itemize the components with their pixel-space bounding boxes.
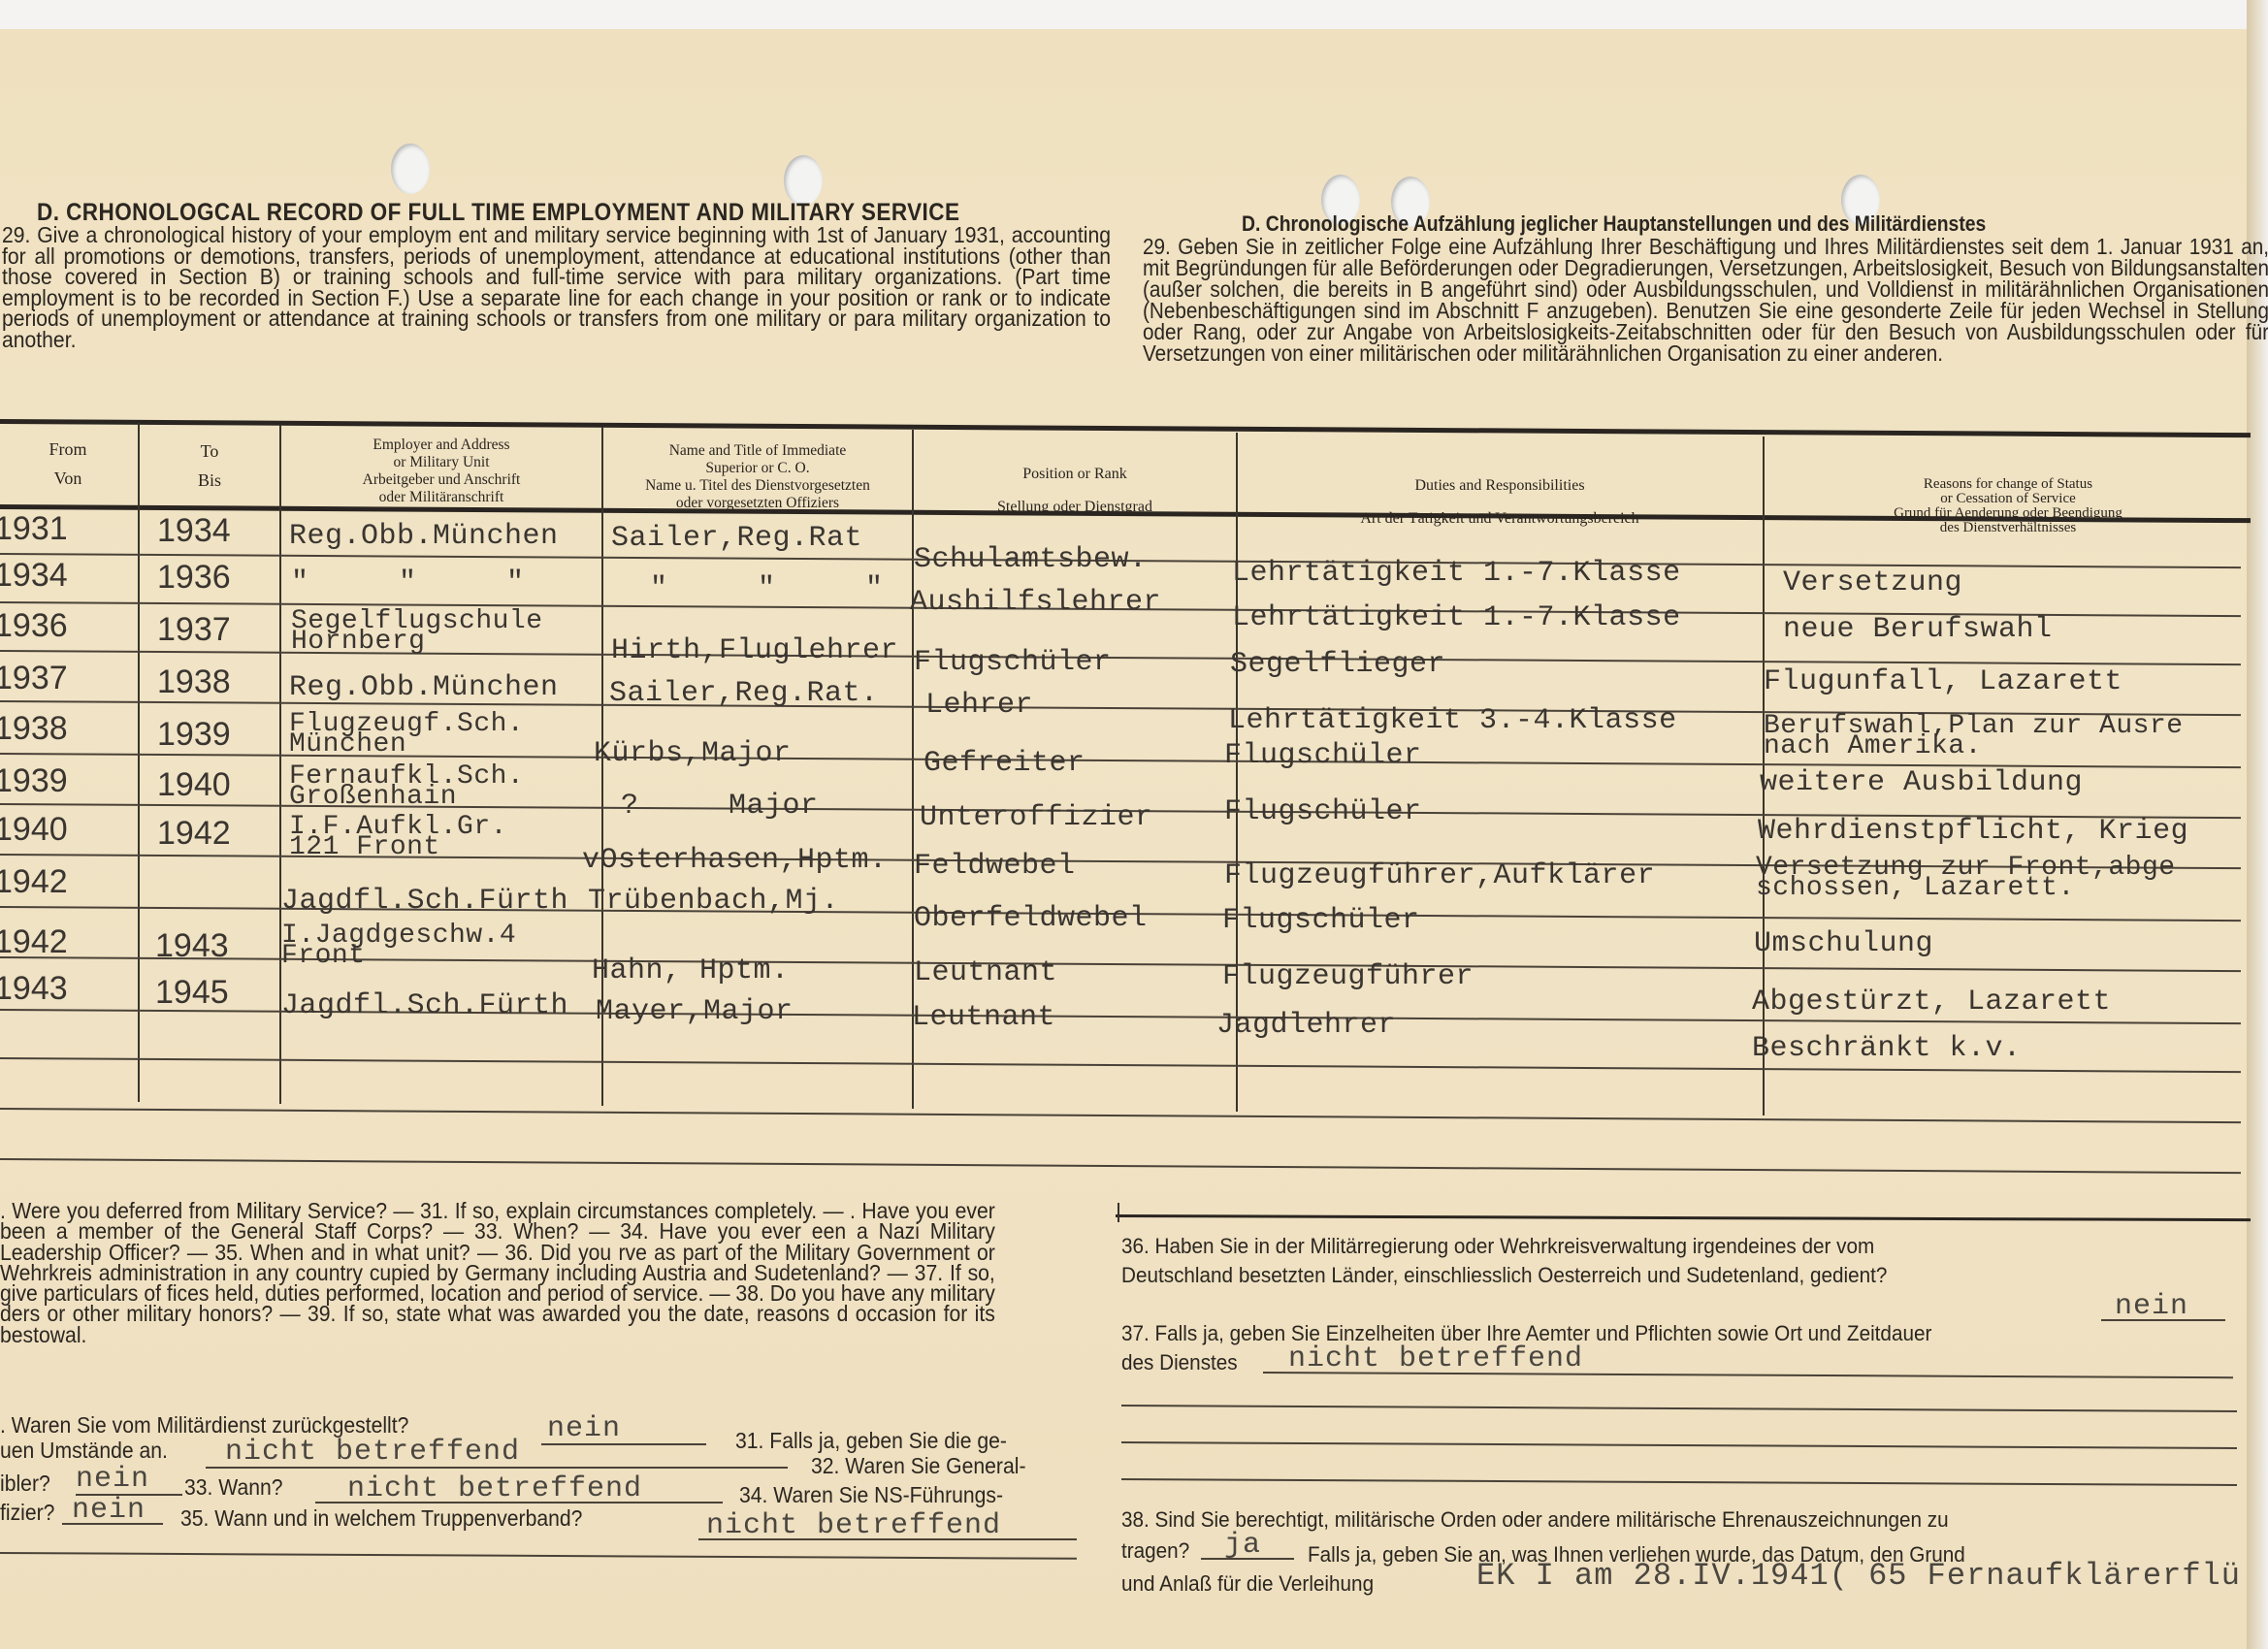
cell-duties: Flugschüler — [1224, 743, 1422, 768]
cell-reason: Umschulung — [1754, 931, 1933, 956]
header-superior: Name and Title of Immediate Superior or … — [603, 442, 912, 512]
cell-reason: Flugunfall, Lazarett — [1764, 669, 2122, 695]
cell-superior: ? Major — [621, 793, 819, 819]
cell-duties: Segelflieger — [1230, 652, 1445, 677]
cell-employer: Flugzeugf.Sch. München — [289, 714, 524, 755]
cell-duties: Jagdlehrer — [1216, 1013, 1396, 1038]
cell-duties: Lehrtätigkeit 1.-7.Klasse — [1232, 561, 1681, 586]
q30-answer: nein — [547, 1412, 621, 1445]
cell-employer: Reg.Obb.München — [289, 675, 559, 700]
cell-duties: Lehrtätigkeit 1.-7.Klasse — [1232, 605, 1681, 630]
q38-answer: ja — [1224, 1529, 1261, 1562]
questions-en: . Were you deferred from Military Servic… — [0, 1201, 995, 1345]
header-employer: Employer and Address or Military Unit Ar… — [281, 436, 601, 506]
cell-duties: Flugzeugführer,Aufklärer — [1224, 863, 1655, 889]
cell-reason: Versetzung zur Front,abge schossen, Laza… — [1756, 857, 2176, 898]
cell-superior: " " " — [650, 576, 884, 601]
cell-from: 1934 — [0, 563, 68, 588]
q39-answer: EK I am 28.IV.1941( 65 Fernaufklärerflü — [1476, 1558, 2241, 1594]
col-divider — [1118, 1203, 1119, 1222]
cell-from: 1940 — [0, 817, 68, 842]
cell-to: 1945 — [155, 980, 229, 1005]
cell-position: Feldwebel — [914, 854, 1076, 879]
cell-position: Lehrer — [925, 693, 1033, 718]
answer-line — [541, 1443, 706, 1445]
cell-position: Gefreiter — [923, 751, 1085, 776]
cell-employer: I.Jagdgeschw.4 Front — [281, 925, 516, 966]
cell-reason: neue Berufswahl — [1783, 617, 2053, 642]
q39-label: und Anlaß für die Verleihung — [1121, 1571, 1374, 1597]
cell-employer: Reg.Obb.München — [289, 524, 559, 549]
cell-reason: weitere Ausbildung — [1760, 770, 2083, 795]
cell-position: Schulamtsbew. — [914, 547, 1148, 572]
answer-line — [1201, 1558, 1294, 1560]
q33-label: 33. Wann? — [184, 1474, 283, 1501]
q37-prefix: des Dienstes — [1121, 1350, 1238, 1375]
cell-reason: Beschränkt k.v. — [1752, 1036, 2022, 1061]
cell-duties: Flugschüler — [1224, 799, 1422, 824]
q32-label: 32. Waren Sie General- — [811, 1453, 1026, 1479]
cell-superior: Mayer,Major — [596, 999, 794, 1024]
answer-line — [206, 1467, 788, 1469]
cell-employer: Jagdfl.Sch.Fürth — [281, 993, 568, 1018]
q32-prefix: ibler? — [0, 1471, 50, 1497]
cell-employer: Fernaufkl.Sch. Großenhain — [289, 766, 524, 807]
cell-position: Leutnant — [912, 1005, 1055, 1030]
cell-superior: Kürbs,Major — [594, 741, 792, 766]
q32-answer: nein — [76, 1463, 149, 1496]
answer-line — [62, 1523, 163, 1525]
q35-answer: nicht betreffend — [706, 1509, 1001, 1542]
header-reasons: Reasons for change of Status or Cessatio… — [1766, 477, 2251, 535]
cell-to: 1936 — [157, 565, 231, 590]
q34-answer: nein — [72, 1494, 146, 1527]
q38-prefix: tragen? — [1121, 1538, 1189, 1564]
q34-prefix: fizier? — [0, 1500, 54, 1526]
cell-superior: Hirth,Fluglehrer — [611, 638, 898, 663]
header-position: Position or Rank Stellung oder Dienstgra… — [914, 458, 1236, 524]
cell-from: 1943 — [0, 976, 68, 1001]
cell-position: Aushilfslehrer — [910, 590, 1161, 615]
cell-reason: Wehrdienstpflicht, Krieg — [1758, 819, 2188, 844]
cell-to: 1940 — [157, 772, 231, 797]
q31-prefix: uen Umstände an. — [0, 1438, 168, 1464]
cell-from: 1942 — [0, 869, 68, 894]
cell-employer: Jagdfl.Sch.Fürth — [281, 889, 568, 914]
cell-employer: I.F.Aufkl.Gr. 121 Front — [289, 817, 507, 857]
header-from: From Von — [0, 435, 136, 493]
answer-line — [315, 1502, 723, 1503]
cell-reason: Versetzung — [1783, 570, 1962, 596]
q30-label: . Waren Sie vom Militärdienst zurückgest… — [0, 1412, 408, 1439]
cell-superior: Sailer,Reg.Rat. — [609, 681, 879, 706]
header-to: To Bis — [140, 436, 279, 495]
instructions-de: 29. Geben Sie in zeitlicher Folge eine A… — [1143, 236, 2268, 364]
cell-employer: " " " — [291, 570, 525, 596]
cell-from: 1938 — [0, 716, 68, 741]
q36-text: Deutschland besetzten Länder, einschlies… — [1121, 1263, 1887, 1288]
q37-answer: nicht betreffend — [1288, 1342, 1583, 1375]
q35-label: 35. Wann und in welchem Truppenverband? — [180, 1505, 582, 1532]
q36-answer: nein — [2115, 1290, 2188, 1323]
q34-label: 34. Waren Sie NS-Führungs- — [739, 1482, 1003, 1508]
cell-duties: Flugzeugführer — [1222, 964, 1474, 989]
answer-line — [698, 1538, 1077, 1540]
q33-answer: nicht betreffend — [347, 1472, 642, 1505]
q31-label: 31. Falls ja, geben Sie die ge- — [735, 1428, 1007, 1454]
cell-reason: Berufswahl,Plan zur Ausre nach Amerika. — [1764, 716, 2184, 757]
cell-superior: Sailer,Reg.Rat — [611, 526, 862, 551]
cell-to: 1937 — [157, 617, 231, 642]
cell-duties: Flugschüler — [1222, 908, 1420, 933]
instructions-en: 29. Give a chronological history of your… — [2, 225, 1111, 350]
cell-superior: Trübenbach,Mj. — [588, 889, 839, 914]
cell-from: 1937 — [0, 665, 68, 691]
cell-to: 1939 — [157, 722, 231, 747]
cell-employer: Segelflugschule Hornberg — [291, 611, 543, 652]
cell-to: 1938 — [157, 669, 231, 695]
cell-from: 1936 — [0, 613, 68, 638]
q36-text: 36. Haben Sie in der Militärregierung od… — [1121, 1234, 1874, 1259]
header-duties: Duties and Responsibilities Art der Täti… — [1238, 469, 1762, 535]
cell-from: 1939 — [0, 768, 68, 793]
cell-to: 1942 — [157, 821, 231, 846]
cell-position: Oberfeldwebel — [914, 906, 1148, 931]
cell-superior: Hahn, Hptm. — [592, 958, 790, 984]
cell-to: 1943 — [155, 933, 229, 958]
cell-from: 1942 — [0, 929, 68, 954]
col-divider — [138, 423, 140, 1102]
cell-reason: Abgestürzt, Lazarett — [1752, 989, 2111, 1015]
cell-position: Leutnant — [914, 960, 1057, 986]
q31-answer: nicht betreffend — [225, 1436, 520, 1469]
cell-position: Flugschüler — [914, 650, 1112, 675]
punch-hole — [391, 144, 430, 194]
answer-line — [2101, 1319, 2225, 1321]
cell-duties: Lehrtätigkeit 3.-4.Klasse — [1228, 708, 1677, 733]
cell-to: 1934 — [157, 518, 231, 543]
cell-position: Unteroffizier — [920, 805, 1153, 830]
cell-from: 1931 — [0, 516, 68, 541]
cell-superior: vOsterhasen,Hptm. — [582, 848, 888, 873]
